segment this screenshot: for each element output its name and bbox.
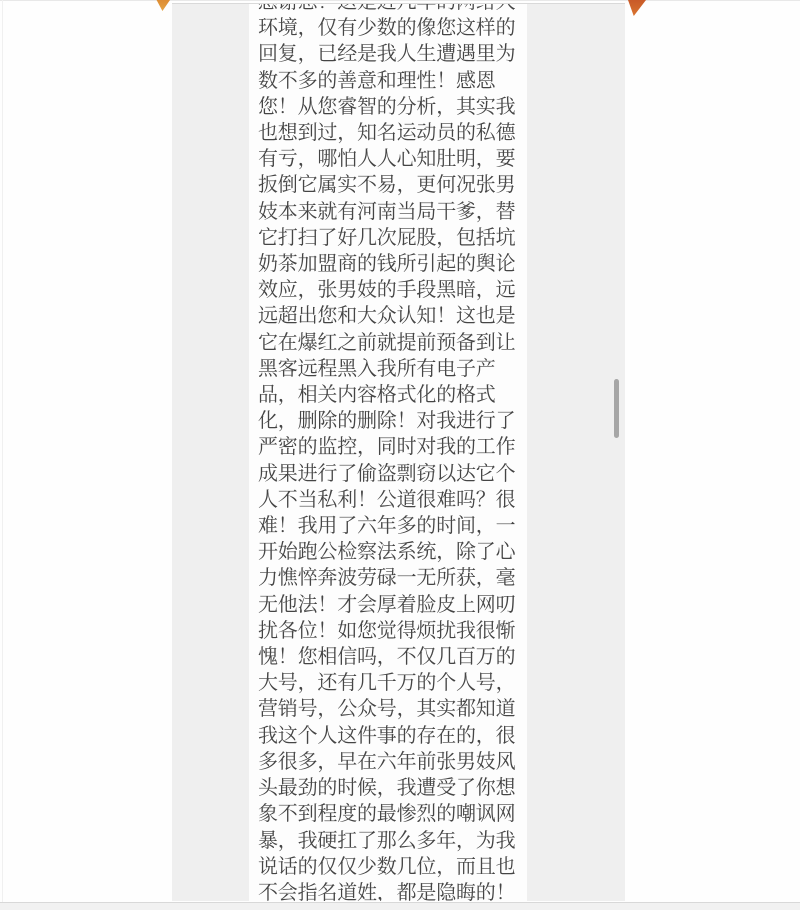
message-line: 效应，张男妓的手段黑暗，远	[258, 277, 525, 303]
message-line: 营销号，公众号，其实都知道	[258, 696, 525, 722]
screenshot-panel: 感谢您！这是近几年的网络大环境，仅有少数的像您这样的回复，已经是我人生遭遇里为数…	[172, 3, 625, 901]
message-line: 有亏，哪怕人人心知肚明，要	[258, 146, 525, 172]
message-line: 奶茶加盟商的钱所引起的舆论	[258, 251, 525, 277]
message-line: 无他法！才会厚着脸皮上网叨	[258, 592, 525, 618]
orange-ribbon-tip-right-icon	[628, 0, 646, 16]
message-line: 大号，还有几千万的个人号，	[258, 670, 525, 696]
page-top-edge	[0, 0, 800, 1]
message-line: 难！我用了六年多的时间，一	[258, 513, 525, 539]
page-left-edge	[2, 0, 3, 902]
message-line: 也想到过，知名运动员的私德	[258, 120, 525, 146]
message-line: 我这个人这件事的存在的，很	[258, 723, 525, 749]
message-line: 环境，仅有少数的像您这样的	[258, 15, 525, 41]
message-line: 多很多，早在六年前张男妓风	[258, 749, 525, 775]
message-line: 愧！您相信吗，不仅几百万的	[258, 644, 525, 670]
message-line: 严密的监控，同时对我的工作	[258, 434, 525, 460]
message-line: 力憔悴奔波劳碌一无所获，毫	[258, 565, 525, 591]
message-line: 人不当私利！公道很难吗？很	[258, 487, 525, 513]
message-text: 感谢您！这是近几年的网络大环境，仅有少数的像您这样的回复，已经是我人生遭遇里为数…	[249, 4, 527, 901]
message-line: 感谢您！这是近几年的网络大	[258, 4, 525, 15]
message-line: 妓本来就有河南当局干爹，替	[258, 199, 525, 225]
message-line: 数不多的善意和理性！感恩	[258, 68, 525, 94]
message-line: 象不到程度的最惨烈的嘲讽网	[258, 801, 525, 827]
orange-ribbon-tip-left-icon	[156, 0, 170, 11]
message-line: 您！从您睿智的分析，其实我	[258, 94, 525, 120]
bottom-bar	[0, 902, 800, 910]
message-line: 说话的仅仅少数几位，而且也	[258, 854, 525, 880]
message-line: 暴，我硬扛了那么多年，为我	[258, 828, 525, 854]
message-line: 成果进行了偷盗剽窃以达它个	[258, 461, 525, 487]
message-line: 黑客远程黑入我所有电子产	[258, 356, 525, 382]
message-line: 扰各位！如您觉得烦扰我很惭	[258, 618, 525, 644]
message-line: 不会指名道姓，都是隐晦的！	[258, 880, 525, 901]
message-line: 远超出您和大众认知！这也是	[258, 303, 525, 329]
message-line: 头最劲的时候，我遭受了你想	[258, 775, 525, 801]
message-line: 回复，已经是我人生遭遇里为	[258, 41, 525, 67]
message-line: 它在爆红之前就提前预备到让	[258, 330, 525, 356]
scrollbar-thumb[interactable]	[614, 379, 619, 438]
message-line: 扳倒它属实不易，更何况张男	[258, 172, 525, 198]
message-line: 它打扫了好几次屁股，包括坑	[258, 225, 525, 251]
message-line: 化，删除的删除！对我进行了	[258, 408, 525, 434]
message-bubble: 感谢您！这是近几年的网络大环境，仅有少数的像您这样的回复，已经是我人生遭遇里为数…	[249, 4, 527, 901]
message-line: 开始跑公检察法系统，除了心	[258, 539, 525, 565]
message-line: 品，相关内容格式化的格式	[258, 382, 525, 408]
